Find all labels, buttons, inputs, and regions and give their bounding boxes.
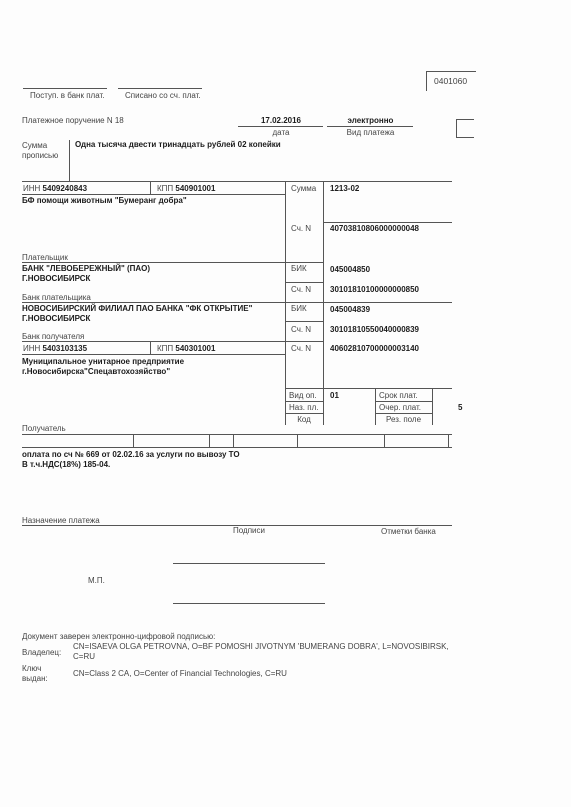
- payee-kpp: КПП 540301001: [157, 344, 215, 353]
- status-box-top: [456, 119, 474, 120]
- payer-inn: ИНН 5409240843: [23, 184, 87, 193]
- tax-divider-2: [209, 434, 210, 447]
- row-line-payee-inn-bottom: [22, 354, 285, 355]
- payer-kpp: КПП 540901001: [157, 184, 215, 193]
- order-date: 17.02.2016: [240, 116, 322, 125]
- payee-name-2: г.Новосибирска"Спецавтохозяйство": [22, 367, 170, 376]
- payer-bank-account: 30101810100000000850: [330, 285, 419, 294]
- row-line-inn-bottom: [22, 194, 285, 195]
- payer-bank-bik-label: БИК: [291, 264, 307, 273]
- row-line-op-type: [285, 401, 323, 402]
- tax-divider-1: [133, 434, 134, 447]
- owner-line-2: C=RU: [73, 652, 95, 661]
- digital-signature-header: Документ заверен электронно-цифровой под…: [22, 632, 215, 641]
- date-line: [238, 126, 323, 127]
- owner-label: Владелец:: [22, 648, 61, 657]
- priority-value: 5: [458, 403, 462, 412]
- amount-words-label-1: Сумма: [22, 141, 47, 150]
- row-line-inn: [22, 181, 452, 182]
- row-line-tax-fields: [22, 447, 452, 448]
- payee-bank-account: 30101810550040000839: [330, 325, 419, 334]
- issuer-label-2: выдан:: [22, 674, 48, 683]
- row-line-due: [375, 401, 432, 402]
- priority-label: Очер. плат.: [379, 403, 421, 412]
- op-type-value: 01: [330, 391, 339, 400]
- row-line-priority: [375, 413, 432, 414]
- date-label: дата: [240, 128, 322, 137]
- amount-words-label-2: прописью: [22, 151, 58, 160]
- payment-type-line: [327, 126, 413, 127]
- status-box-bottom: [456, 137, 474, 138]
- payment-type-label: Вид платежа: [328, 128, 413, 137]
- debited-label: Списано со сч. плат.: [125, 91, 201, 100]
- order-title: Платежное поручение N 18: [22, 116, 124, 125]
- form-code-box-left: [426, 71, 427, 91]
- tax-divider-4: [297, 434, 298, 447]
- row-line-payee: [22, 434, 452, 435]
- inn-kpp-divider: [150, 181, 151, 194]
- payee-label: Получатель: [22, 424, 66, 433]
- row-line-payer-bik: [285, 282, 323, 283]
- due-label: Срок плат.: [379, 391, 418, 400]
- row-line-codes-top: [285, 388, 452, 389]
- payee-bank-bik-label: БИК: [291, 304, 307, 313]
- received-line: [23, 88, 107, 89]
- signatures-label: Подписи: [233, 526, 265, 535]
- issuer-value: CN=Class 2 CA, O=Center of Financial Tec…: [73, 669, 287, 678]
- row-line-payer: [22, 262, 323, 263]
- row-line-payee-bik: [285, 321, 323, 322]
- signature-line-2: [173, 603, 325, 604]
- payee-bank-label: Банк получателя: [22, 332, 84, 341]
- payee-bank-bik: 045004839: [330, 305, 370, 314]
- payer-account: 40703810806000000048: [330, 224, 419, 233]
- payee-account-label: Сч. N: [291, 344, 311, 353]
- reserve-label: Рез. поле: [375, 415, 432, 424]
- signature-line-1: [173, 563, 325, 564]
- row-line-payer-bank: [22, 302, 452, 303]
- payer-account-label: Сч. N: [291, 224, 311, 233]
- payee-account: 40602810700000003140: [330, 344, 419, 353]
- row-line-purpose-code: [285, 413, 323, 414]
- row-line-payer-account: [323, 222, 452, 223]
- payer-name: БФ помощи животным "Бумеранг добра": [22, 196, 187, 205]
- purpose-line-1: оплата по сч № 669 от 02.02.16 за услуги…: [22, 450, 240, 459]
- payee-inn-kpp-divider: [150, 341, 151, 354]
- payer-bank-account-label: Сч. N: [291, 285, 311, 294]
- purpose-code-label: Наз. пл.: [289, 403, 318, 412]
- payer-bank-name-2: Г.НОВОСИБИРСК: [22, 274, 90, 283]
- payer-bank-label: Банк плательщика: [22, 293, 91, 302]
- tax-divider-3: [233, 434, 234, 447]
- payee-name-1: Муниципальное унитарное предприятие: [22, 357, 184, 366]
- owner-line-1: CN=ISAEVA OLGA PETROVNA, O=BF POMOSHI JI…: [73, 642, 449, 651]
- purpose-label: Назначение платежа: [22, 516, 100, 525]
- bank-marks-label: Отметки банка: [381, 527, 436, 536]
- status-box-left: [456, 119, 457, 137]
- payment-type: электронно: [328, 116, 413, 125]
- payee-bank-name-1: НОВОСИБИРСКИЙ ФИЛИАЛ ПАО БАНКА "ФК ОТКРЫ…: [22, 304, 252, 313]
- issuer-label-1: Ключ: [22, 664, 41, 673]
- debited-line: [118, 88, 202, 89]
- payer-label: Плательщик: [22, 253, 68, 262]
- tax-divider-5: [384, 434, 385, 447]
- codes-divider-2: [432, 388, 433, 425]
- payer-bank-bik: 045004850: [330, 265, 370, 274]
- amount-value: 1213-02: [330, 184, 359, 193]
- row-line-payee-bank: [22, 341, 323, 342]
- op-type-label: Вид оп.: [289, 391, 317, 400]
- amount-label: Сумма: [291, 184, 316, 193]
- payee-bank-name-2: Г.НОВОСИБИРСК: [22, 314, 90, 323]
- received-label: Поступ. в банк плат.: [30, 91, 104, 100]
- payee-inn: ИНН 5403103135: [23, 344, 87, 353]
- payer-bank-name-1: БАНК "ЛЕВОБЕРЕЖНЫЙ" (ПАО): [22, 264, 150, 273]
- amount-words-divider: [69, 140, 70, 181]
- purpose-line-2: В т.ч.НДС(18%) 185-04.: [22, 460, 110, 469]
- payee-bank-account-label: Сч. N: [291, 325, 311, 334]
- form-code-box-top: [426, 71, 476, 72]
- amount-words-value: Одна тысяча двести тринадцать рублей 02 …: [75, 140, 281, 149]
- form-code: 0401060: [434, 76, 467, 86]
- code-label: Код: [285, 415, 323, 424]
- tax-divider-6: [448, 434, 449, 447]
- stamp-label: М.П.: [88, 576, 105, 585]
